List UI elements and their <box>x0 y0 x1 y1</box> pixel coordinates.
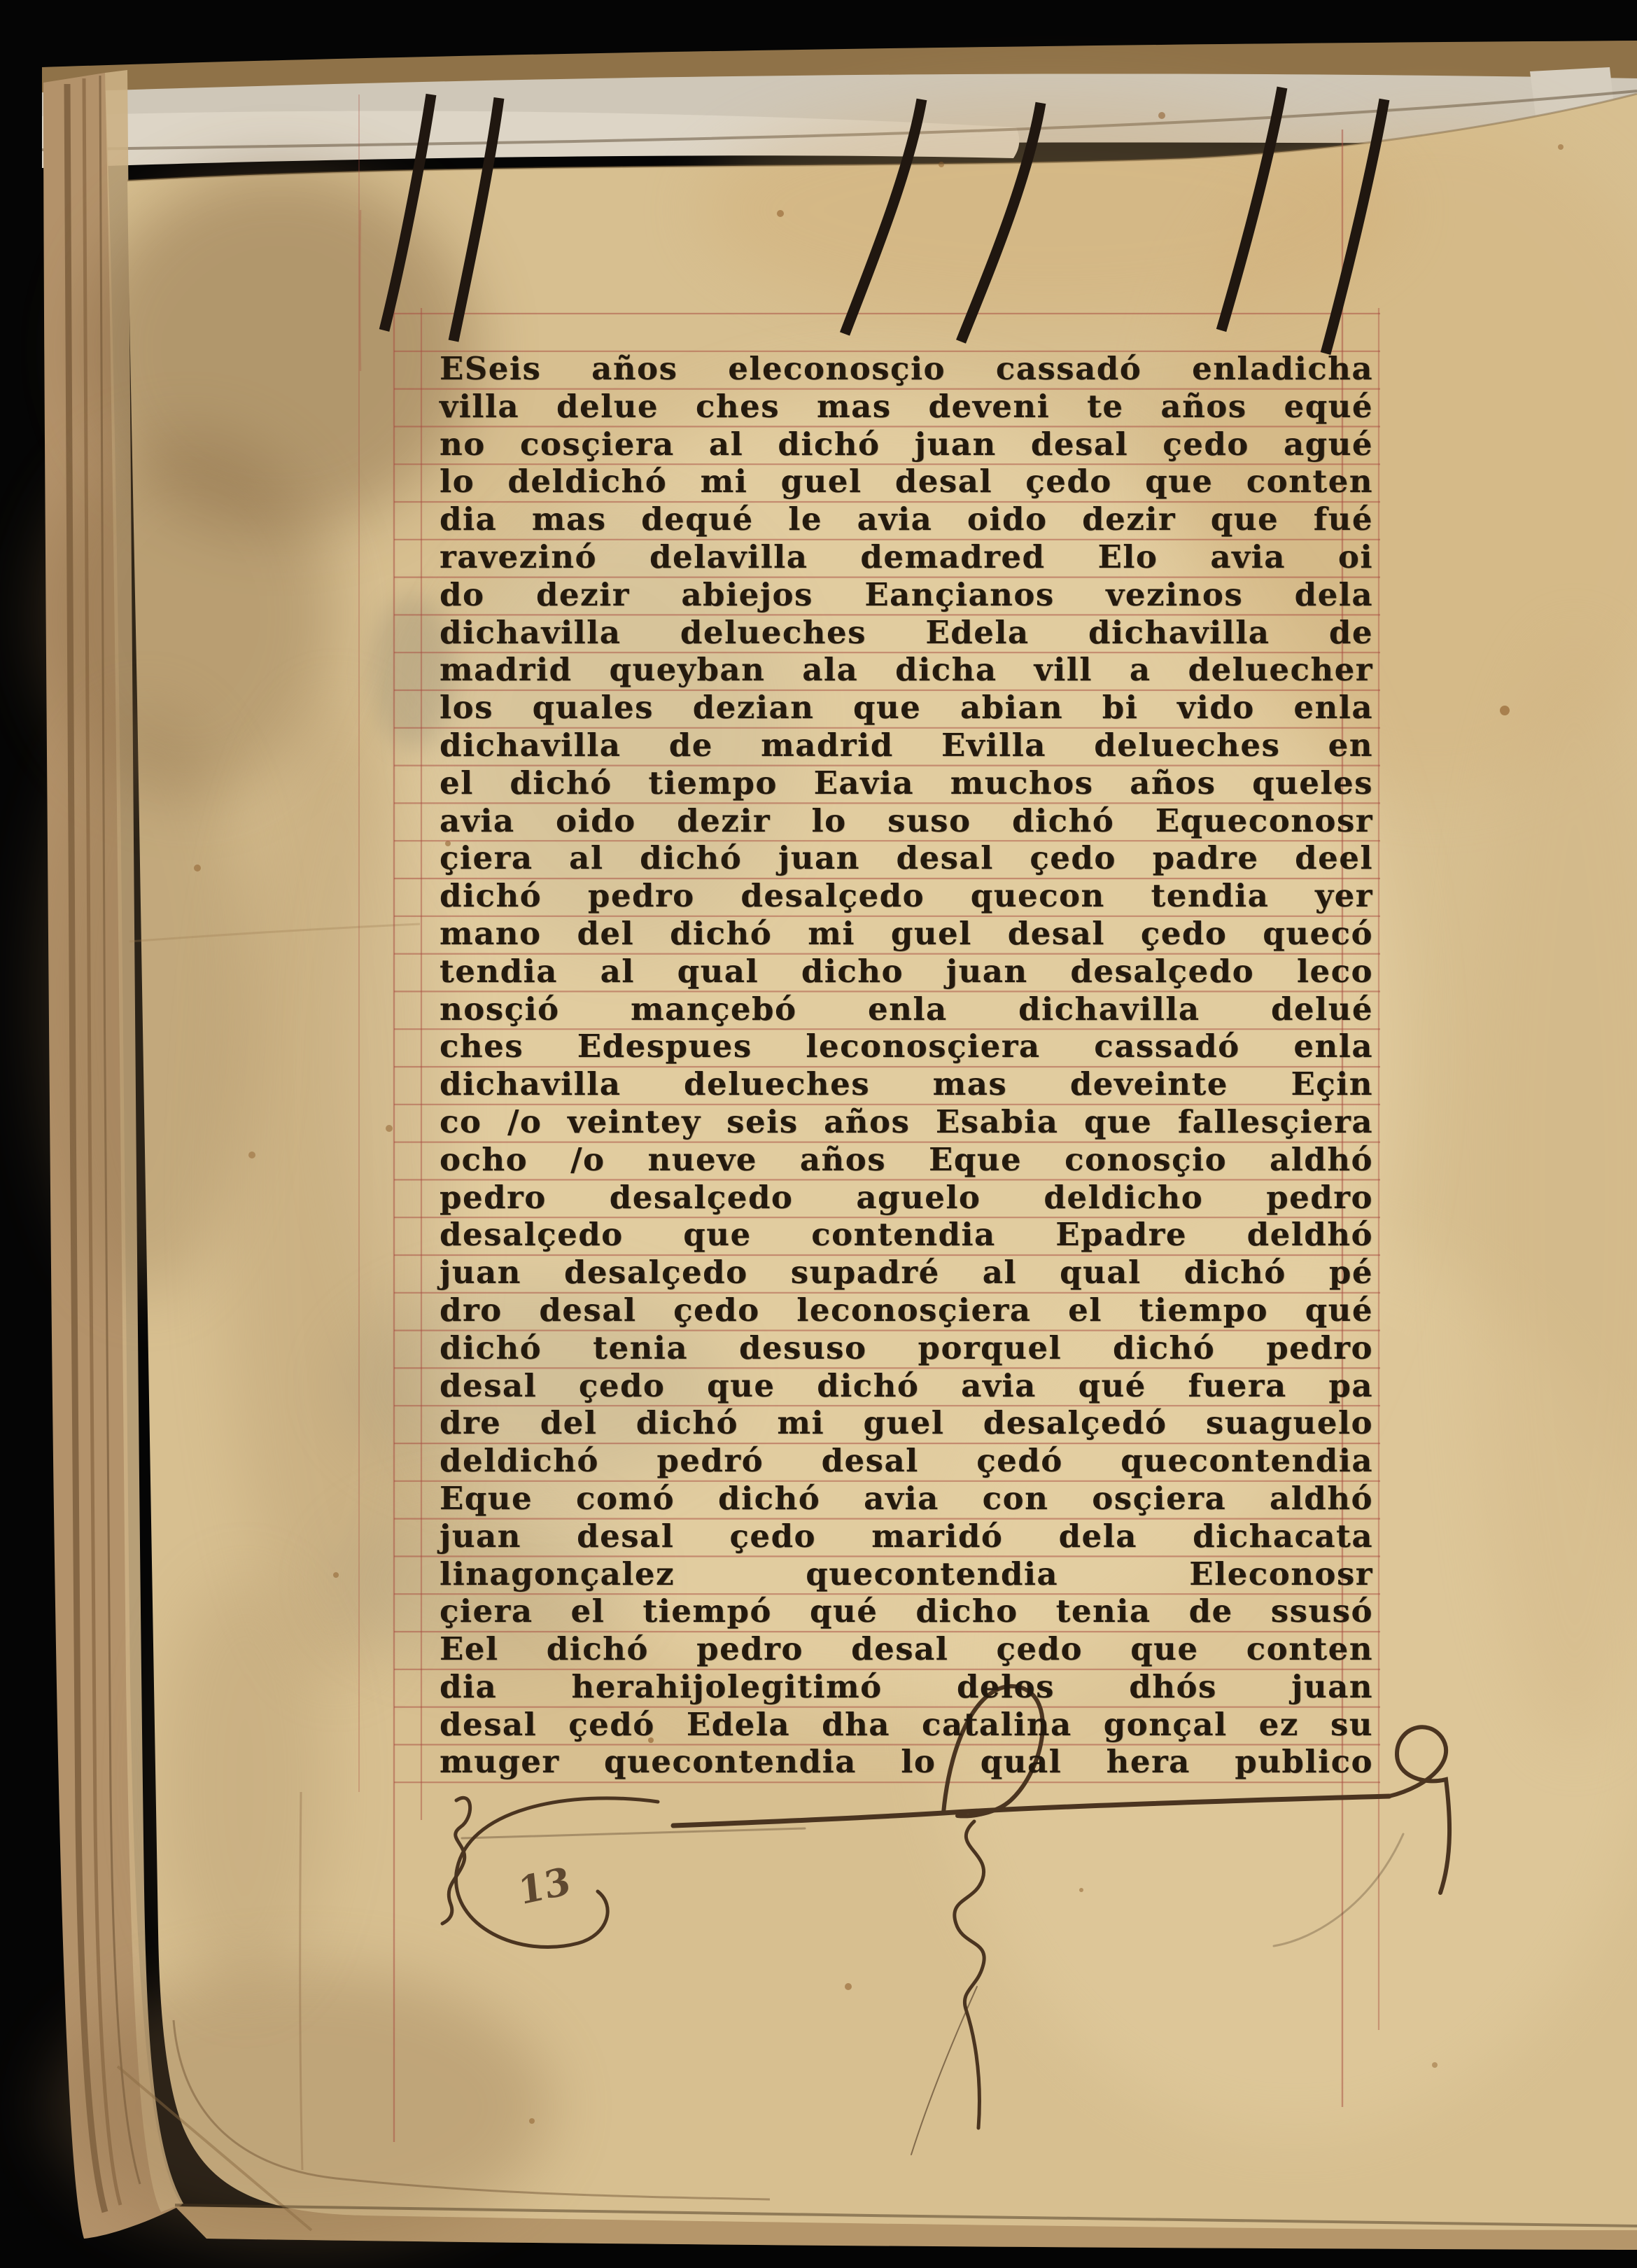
manuscript-line: co /o veintey seis años Esabia que falle… <box>440 1103 1373 1141</box>
manuscript-line: desal çedo que dichó avia qué fuera pa <box>440 1367 1373 1405</box>
manuscript-line: Eque comó dichó avia con osçiera aldhó <box>440 1480 1373 1518</box>
manuscript-line: Eel dichó pedro desal çedo que conten <box>440 1630 1373 1668</box>
manuscript-line: desal çedó Edela dha catalina gonçal ez … <box>440 1706 1373 1744</box>
manuscript-line: çiera el tiempó qué dicho tenia de ssusó <box>440 1592 1373 1630</box>
manuscript-line: dro desal çedo leconosçiera el tiempo qu… <box>440 1291 1373 1329</box>
manuscript-line: dichó tenia desuso porquel dichó pedro <box>440 1329 1373 1367</box>
manuscript-line: do dezir abiejos Eançianos vezinos dela <box>440 576 1373 614</box>
manuscript-line: nosçió mançebó enla dichavilla delué <box>440 990 1373 1028</box>
manuscript-line: no cosçiera al dichó juan desal çedo agu… <box>440 426 1373 463</box>
manuscript-line: pedro desalçedo aguelo deldicho pedro <box>440 1179 1373 1217</box>
manuscript-line: çiera al dichó juan desal çedo padre dee… <box>440 839 1373 877</box>
manuscript-line: juan desal çedo maridó dela dichacata <box>440 1518 1373 1555</box>
manuscript-line: dia herahijolegitimó delos dhós juan <box>440 1668 1373 1706</box>
manuscript-line: tendia al qual dicho juan desalçedo leco <box>440 953 1373 990</box>
manuscript-line: juan desalçedo supadré al qual dichó pé <box>440 1254 1373 1291</box>
manuscript-line: dre del dichó mi guel desalçedó suaguelo <box>440 1404 1373 1442</box>
manuscript-line: lo deldichó mi guel desal çedo que conte… <box>440 463 1373 500</box>
manuscript-line: dia mas dequé le avia oido dezir que fué <box>440 500 1373 538</box>
manuscript-line: dichavilla delueches mas deveinte Eçin <box>440 1065 1373 1103</box>
manuscript-line: muger quecontendia lo qual hera publico <box>440 1743 1373 1781</box>
manuscript-line: madrid queyban ala dicha vill a delueche… <box>440 651 1373 689</box>
manuscript-line: dichó pedro desalçedo quecon tendia yer <box>440 877 1373 915</box>
manuscript-line: dichavilla de madrid Evilla delueches en <box>440 727 1373 764</box>
manuscript-photo: ESeis años eleconosçio cassadó enladicha… <box>0 0 1637 2268</box>
manuscript-line: el dichó tiempo Eavia muchos años queles <box>440 764 1373 802</box>
manuscript-line: linagonçalez quecontendia Eleconosr <box>440 1555 1373 1593</box>
manuscript-line: ocho /o nueve años Eque conosçio aldhó <box>440 1141 1373 1179</box>
manuscript-line: ESeis años eleconosçio cassadó enladicha <box>440 350 1373 388</box>
manuscript-line: los quales dezian que abian bi vido enla <box>440 689 1373 727</box>
manuscript-line: ravezinó delavilla demadred Elo avia oi <box>440 538 1373 576</box>
manuscript-line: mano del dichó mi guel desal çedo quecó <box>440 915 1373 953</box>
manuscript-line: avia oido dezir lo suso dichó Equeconosr <box>440 802 1373 840</box>
manuscript-line: deldichó pedró desal çedó quecontendia <box>440 1442 1373 1480</box>
manuscript-line: dichavilla delueches Edela dichavilla de <box>440 614 1373 652</box>
manuscript-line: villa delue ches mas deveni te años equé <box>440 388 1373 426</box>
manuscript-line: ches Edespues leconosçiera cassadó enla <box>440 1028 1373 1065</box>
manuscript-text: ESeis años eleconosçio cassadó enladicha… <box>440 350 1373 1781</box>
manuscript-line: desalçedo que contendia Epadre deldhó <box>440 1216 1373 1254</box>
